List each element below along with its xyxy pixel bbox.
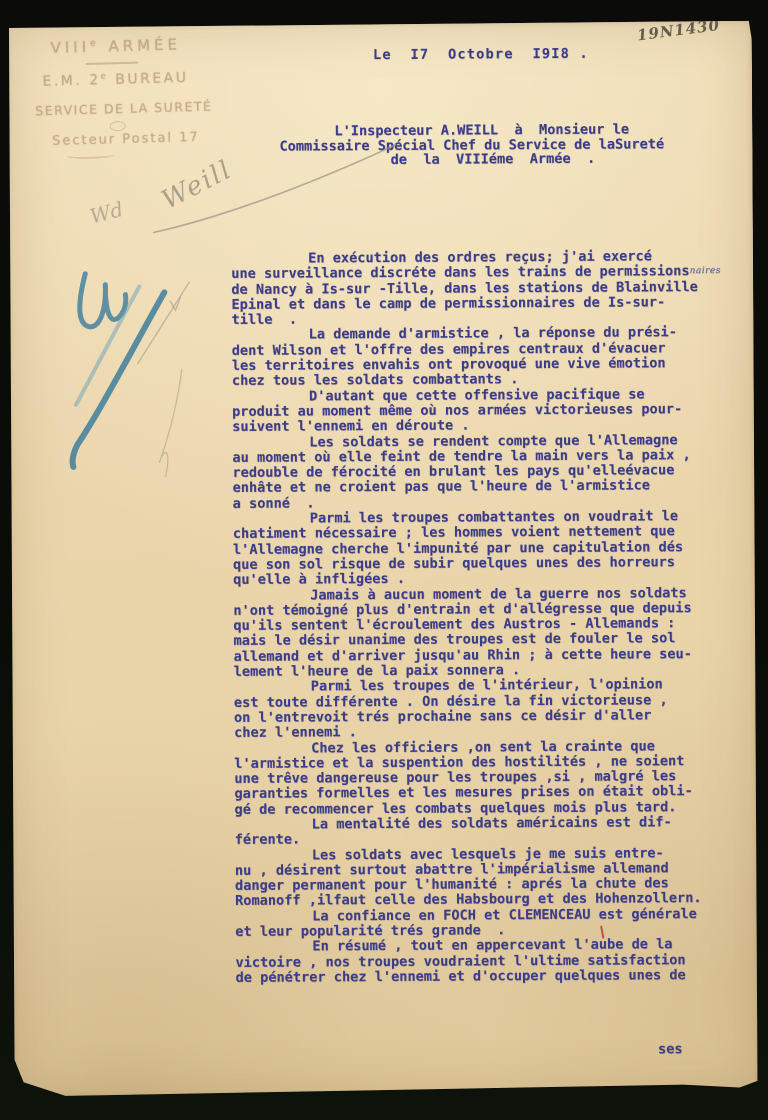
stamp-service-line: SERVICE DE LA SURETÉ [35, 99, 212, 119]
pencil-checkmark [170, 297, 180, 310]
body-text: En exécution des ordres reçus; j'ai exer… [231, 249, 720, 986]
crayon-stroke-light [75, 286, 140, 404]
typed-line: que son sol risque de subir quelques une… [233, 555, 718, 573]
scanned-document-page: { "page": { "background_color": "#0a0c08… [0, 0, 768, 1120]
stamp-squiggle [110, 121, 126, 131]
recipient-block: L'Inspecteur A.WEILL à Monsieur le Commi… [279, 122, 664, 168]
pencil-stroke [159, 369, 183, 476]
stamp-army-line: VIIIe ARMÉE [50, 35, 181, 57]
archive-mark: 19N1430 [636, 16, 721, 45]
typed-line: de pénétrer chez l'ennemi et d'occuper q… [236, 968, 721, 986]
document-paper: VIIIe ARMÉE E.M. 2e BUREAU SERVICE DE LA… [7, 21, 759, 1098]
date-line: Le I7 Octobre I9I8 . [373, 46, 589, 63]
typed-line: on l'entrevoit trés prochaine sans ce dé… [234, 708, 719, 726]
pencil-stroke [137, 282, 189, 363]
signature-initials: Wd [87, 197, 125, 229]
stamp-underline-squiggle [66, 151, 114, 159]
stamp-divider [86, 62, 138, 65]
footer-catchword: ses [658, 1041, 683, 1057]
stamp-bureau-line: E.M. 2e BUREAU [42, 68, 188, 90]
typed-line: Epinal et dans le camp de permissionnair… [231, 295, 716, 313]
crayon-u-mark [80, 274, 126, 327]
crayon-stroke-heavy [72, 292, 166, 467]
typed-line: enhâte et ne croient pas que l'heure de … [233, 478, 718, 496]
stamp-sector-line: Secteur Postal 17 [52, 130, 200, 149]
handwritten-addition: naires [690, 266, 721, 276]
